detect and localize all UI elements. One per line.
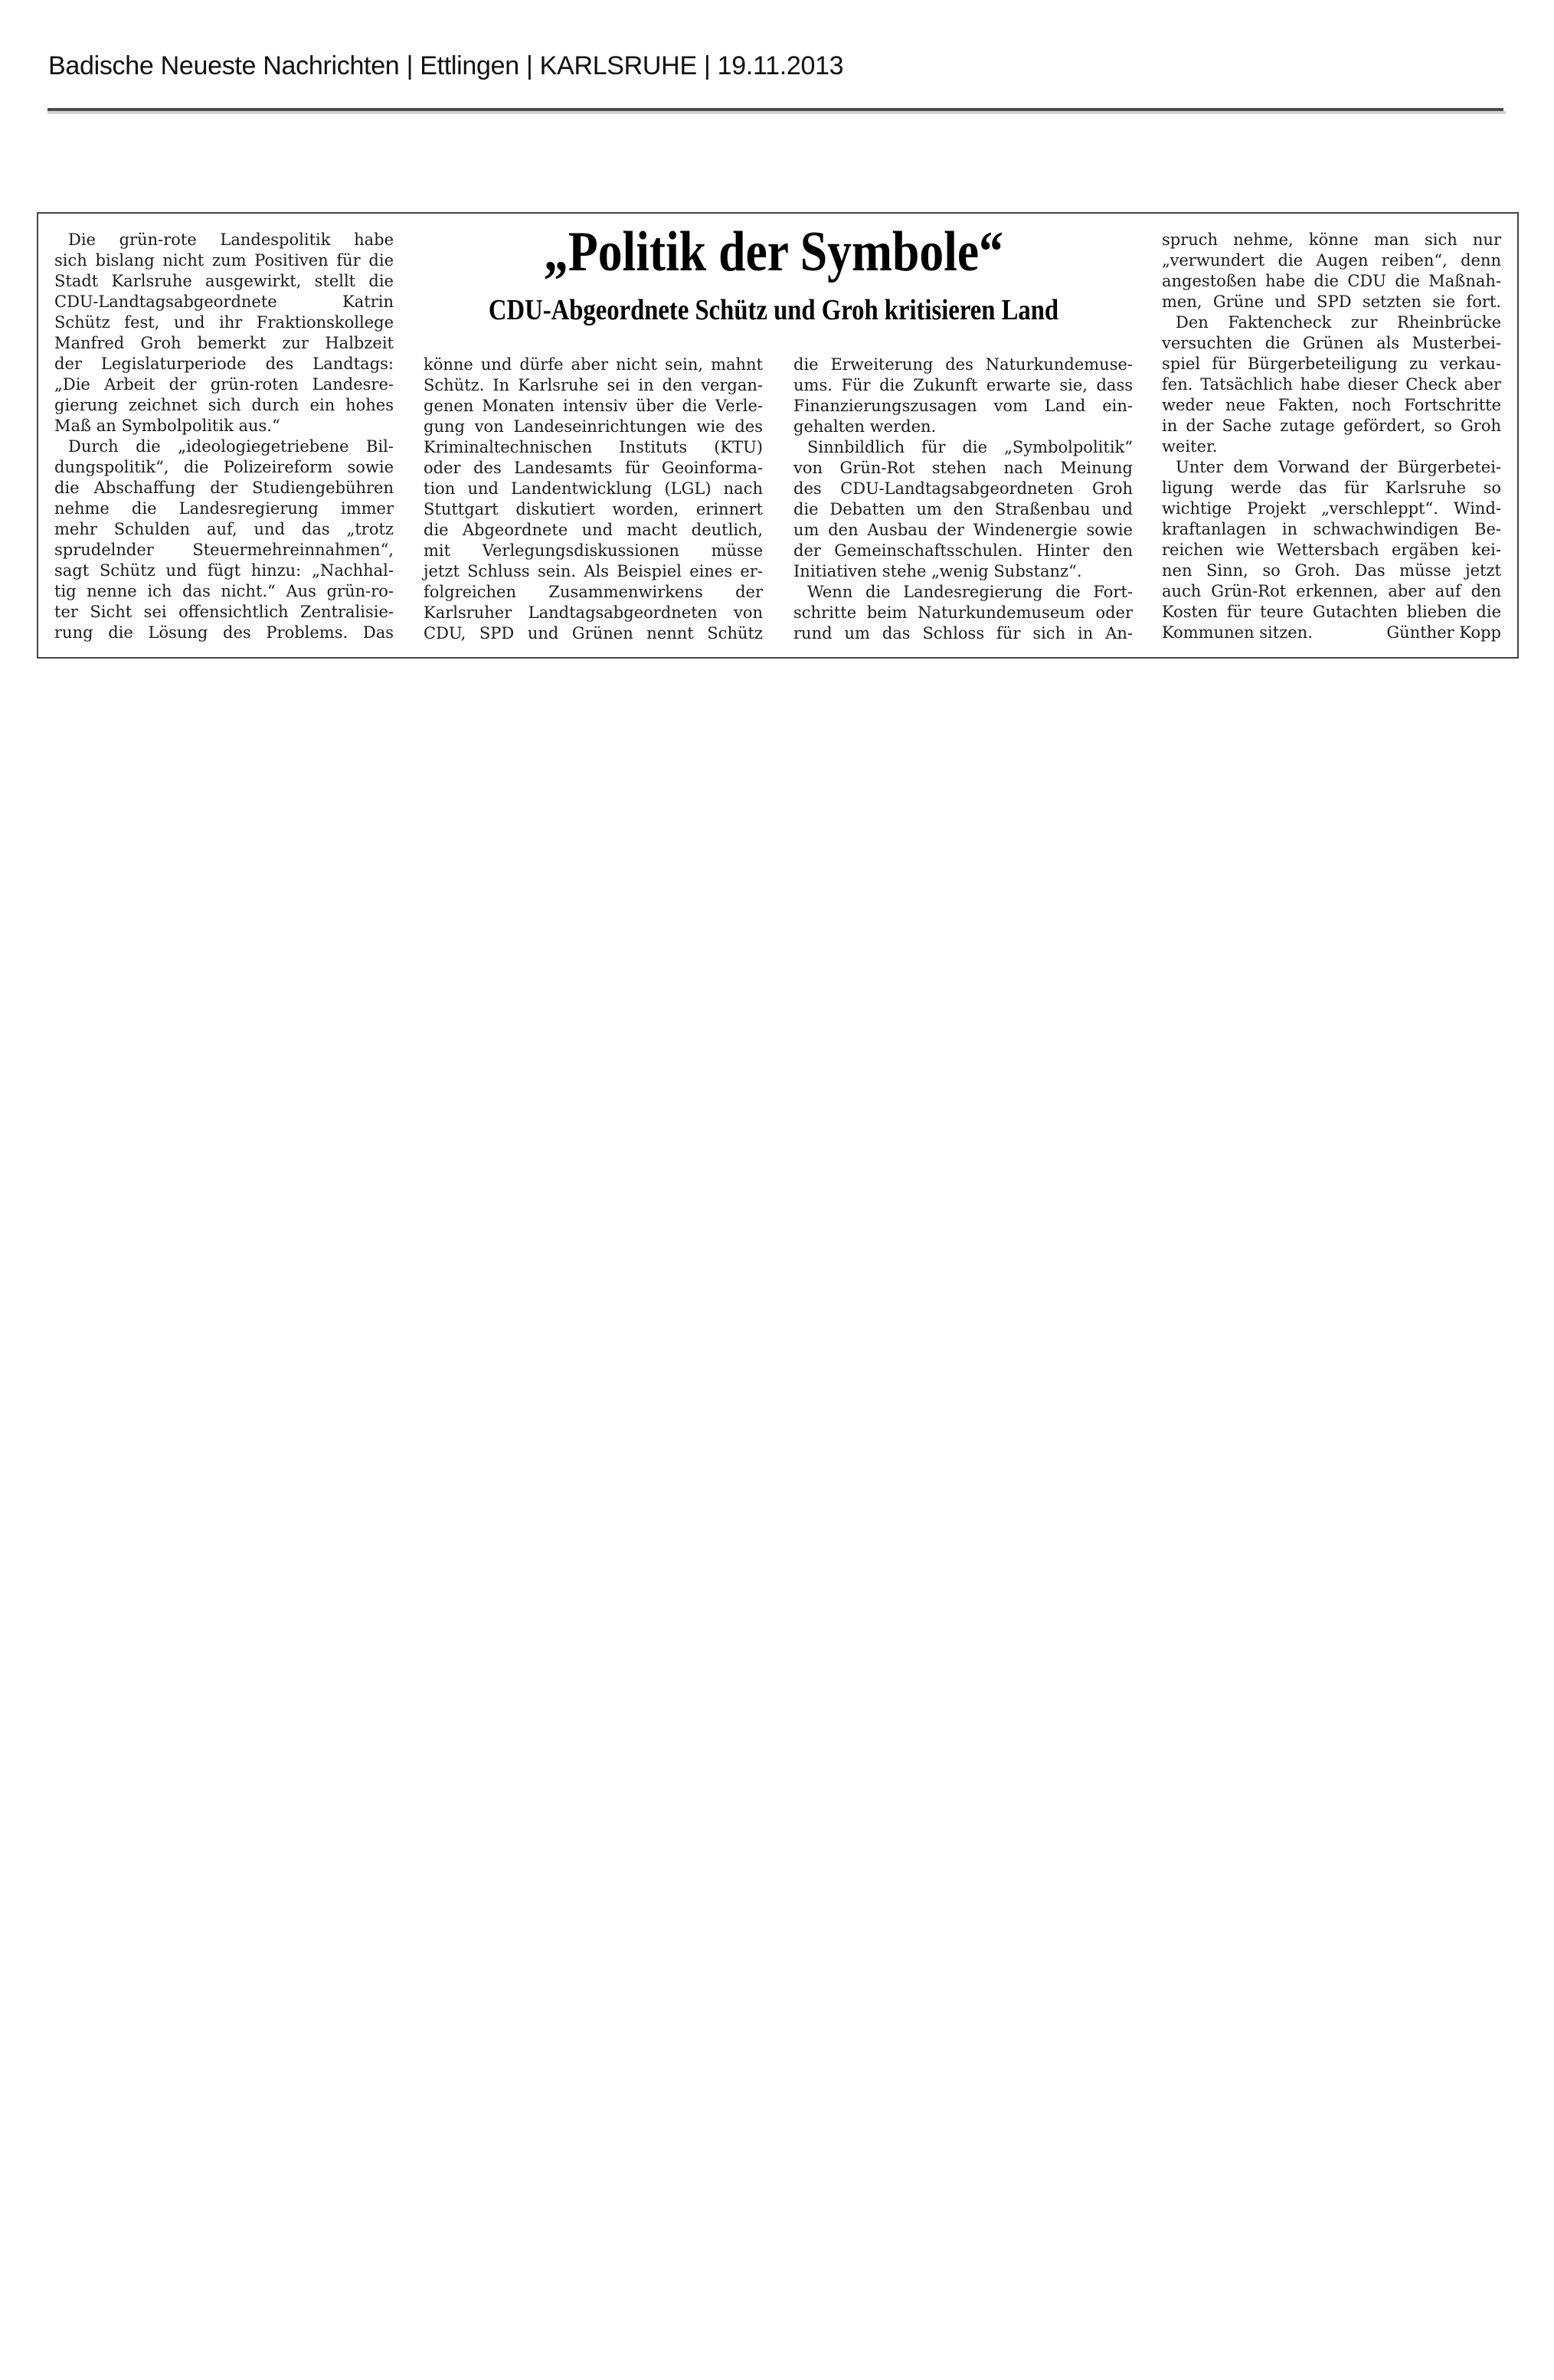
text-line: der Legislaturperiode des Landtags:: [54, 354, 394, 374]
text-line: „verwundert die Augen reiben“, denn: [1162, 250, 1501, 271]
text-line: nen Sinn, so Groh. Das müsse jetzt: [1162, 561, 1501, 581]
text-line: die Abgeordnete und macht deutlich,: [424, 520, 763, 541]
text-line: auch Grün-Rot erkennen, aber auf den: [1162, 581, 1501, 602]
text-line: weder neue Fakten, noch Fortschritte: [1162, 395, 1501, 416]
text-line: des CDU-Landtagsabgeordneten Groh: [793, 479, 1133, 499]
article-column-2: könne und dürfe aber nicht sein, mahnt S…: [424, 355, 763, 644]
text-line: Sinnbildlich für die „Symbolpolitik“: [793, 437, 1133, 458]
text-line: gehalten werden.: [793, 417, 1133, 437]
text-line: rund um das Schloss für sich in An-: [793, 623, 1133, 644]
text-line: um den Ausbau der Windenergie sowie: [793, 520, 1133, 541]
text-line: folgreichen Zusammenwirkens der: [424, 582, 763, 603]
text-line: mit Verlegungsdiskussionen müsse: [424, 541, 763, 561]
source-line: Badische Neueste Nachrichten | Ettlingen…: [48, 51, 843, 81]
text-line: sagt Schütz und fügt hinzu: „Nachhal-: [54, 561, 394, 581]
text-line: jetzt Schluss sein. Als Beispiel eines e…: [424, 561, 763, 582]
text-line: men, Grüne und SPD setzten sie fort.: [1162, 292, 1501, 312]
text-line: mehr Schulden auf, und das „trotz: [54, 519, 394, 540]
text-line: CDU-Landtagsabgeordnete Katrin: [54, 292, 394, 312]
text-line: Manfred Groh bemerkt zur Halbzeit: [54, 333, 394, 354]
text-line: Kommunen sitzen.: [1162, 623, 1313, 643]
text-line: nehme die Landesregierung immer: [54, 499, 394, 519]
text-line: wichtige Projekt „verschleppt“. Wind-: [1162, 499, 1501, 519]
text-line: Den Faktencheck zur Rheinbrücke: [1162, 312, 1501, 333]
article-column-4: spruch nehme, könne man sich nur „verwun…: [1162, 230, 1501, 643]
text-line: Kriminaltechnischen Instituts (KTU): [424, 437, 763, 458]
text-line: reichen wie Wettersbach ergäben kei-: [1162, 540, 1501, 561]
header-rule-shadow: [47, 111, 1506, 114]
text-line: versuchten die Grünen als Musterbei-: [1162, 333, 1501, 354]
article-column-3: die Erweiterung des Naturkundemuse- ums.…: [793, 355, 1133, 644]
text-line: Wenn die Landesregierung die Fort-: [793, 582, 1133, 603]
closing-line-with-byline: Kommunen sitzen. Günther Kopp: [1162, 623, 1501, 643]
text-line: Stadt Karlsruhe ausgewirkt, stellt die: [54, 271, 394, 292]
text-line: angestoßen habe die CDU die Maßnah-: [1162, 271, 1501, 292]
text-line: sprudelnder Steuermehreinnahmen“,: [54, 540, 394, 561]
text-line: oder des Landesamts für Geoinforma-: [424, 458, 763, 479]
article-column-1: Die grün-rote Landespolitik habe sich bi…: [54, 230, 394, 643]
text-line: fen. Tatsächlich habe dieser Check aber: [1162, 374, 1501, 395]
text-line: Unter dem Vorwand der Bürgerbetei-: [1162, 457, 1501, 478]
text-line: die Debatten um den Straßenbau und: [793, 499, 1133, 520]
text-line: Stuttgart diskutiert worden, erinnert: [424, 499, 763, 520]
headline: „Politik der Symbole“: [451, 221, 1097, 283]
text-line: ums. Für die Zukunft erwarte sie, dass: [793, 375, 1133, 396]
text-line: könne und dürfe aber nicht sein, mahnt: [424, 355, 763, 375]
text-line: Kosten für teure Gutachten blieben die: [1162, 602, 1501, 623]
text-line: kraftanlagen in schwachwindigen Be-: [1162, 519, 1501, 540]
text-line: Initiativen stehe „wenig Substanz“.: [793, 561, 1133, 582]
subheadline: CDU-Abgeordnete Schütz und Groh kritisie…: [451, 293, 1097, 327]
text-line: die Erweiterung des Naturkundemuse-: [793, 355, 1133, 375]
text-line: sich bislang nicht zum Positiven für die: [54, 250, 394, 271]
text-line: CDU, SPD und Grünen nennt Schütz: [424, 623, 763, 644]
text-line: genen Monaten intensiv über die Verle-: [424, 396, 763, 417]
text-line: ligung werde das für Karlsruhe so: [1162, 478, 1501, 499]
text-line: gierung zeichnet sich durch ein hohes: [54, 395, 394, 416]
text-line: Finanzierungszusagen vom Land ein-: [793, 396, 1133, 417]
text-line: die Abschaffung der Studiengebühren: [54, 478, 394, 499]
text-line: Karlsruher Landtagsabgeordneten von: [424, 603, 763, 623]
text-line: von Grün-Rot stehen nach Meinung: [793, 458, 1133, 479]
text-line: Durch die „ideologiegetriebene Bil-: [54, 436, 394, 457]
text-line: spruch nehme, könne man sich nur: [1162, 230, 1501, 250]
text-line: der Gemeinschaftsschulen. Hinter den: [793, 541, 1133, 561]
text-line: in der Sache zutage gefördert, so Groh: [1162, 416, 1501, 436]
author-byline: Günther Kopp: [1386, 623, 1501, 643]
text-line: weiter.: [1162, 436, 1501, 457]
text-line: dungspolitik“, die Polizeireform sowie: [54, 457, 394, 478]
text-line: Schütz fest, und ihr Fraktionskollege: [54, 312, 394, 333]
text-line: ter Sicht sei offensichtlich Zentralisie…: [54, 602, 394, 623]
text-line: schritte beim Naturkundemuseum oder: [793, 603, 1133, 623]
text-line: tion und Landentwicklung (LGL) nach: [424, 479, 763, 499]
text-line: tig nenne ich das nicht.“ Aus grün-ro-: [54, 581, 394, 602]
text-line: gung von Landeseinrichtungen wie des: [424, 417, 763, 437]
text-line: rung die Lösung des Problems. Das: [54, 623, 394, 643]
text-line: Die grün-rote Landespolitik habe: [54, 230, 394, 250]
text-line: „Die Arbeit der grün-roten Landesre-: [54, 374, 394, 395]
text-line: Maß an Symbolpolitik aus.“: [54, 416, 394, 436]
text-line: Schütz. In Karlsruhe sei in den vergan-: [424, 375, 763, 396]
text-line: spiel für Bürgerbeteiligung zu verkau-: [1162, 354, 1501, 374]
